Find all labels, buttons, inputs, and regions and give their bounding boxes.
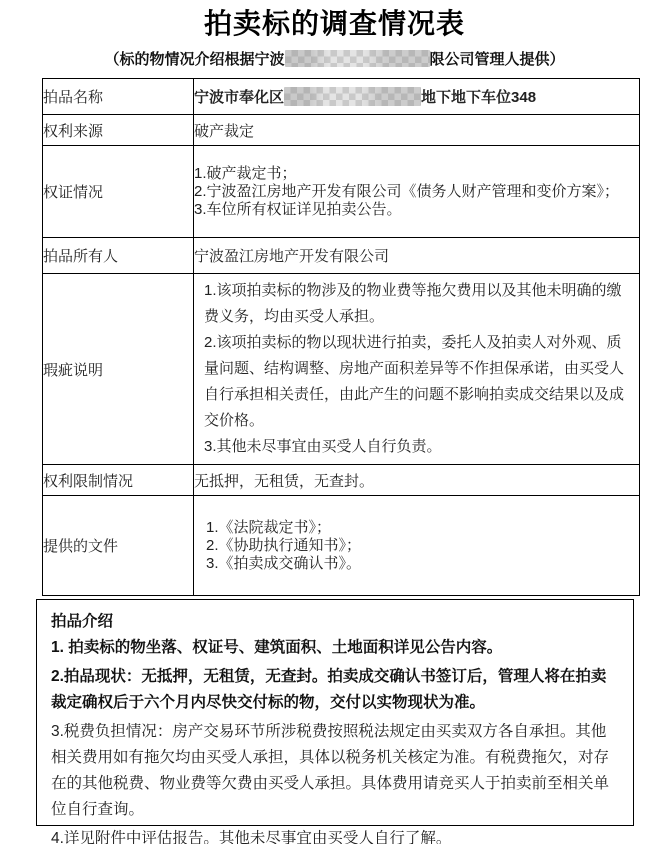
table-row: 提供的文件 1.《法院裁定书》； 2.《协助执行通知书》； 3.《拍卖成交确认书… bbox=[43, 496, 640, 596]
intro-paragraph-4: 4.详见附件中评估报告。其他未尽事宜由买受人自行了解。 bbox=[51, 826, 619, 844]
flaw-paragraph: 2.该项拍卖标的物以现状进行拍卖，委托人及拍卖人对外观、质量问题、结构调整、房地… bbox=[204, 330, 629, 434]
row-label-provided-documents: 提供的文件 bbox=[43, 496, 194, 596]
row-label-rights-restriction: 权利限制情况 bbox=[43, 465, 194, 496]
table-row: 拍品所有人 宁波盈江房地产开发有限公司 bbox=[43, 238, 640, 274]
redaction-block bbox=[285, 50, 430, 67]
document-item: 1.《法院裁定书》； bbox=[194, 519, 639, 537]
document-page: 拍卖标的调查情况表 （标的物情况介绍根据宁波限公司管理人提供） 拍品名称 宁波市… bbox=[0, 8, 669, 844]
subtitle-suffix: 限公司管理人提供） bbox=[430, 51, 565, 68]
row-value-rights-restriction: 无抵押，无租赁，无查封。 bbox=[194, 465, 640, 496]
row-label-owner: 拍品所有人 bbox=[43, 238, 194, 274]
row-label-rights-source: 权利来源 bbox=[43, 115, 194, 146]
certificate-item: 3.车位所有权证详见拍卖公告。 bbox=[194, 201, 639, 219]
row-value-certificates: 1.破产裁定书； 2.宁波盈江房地产开发有限公司《债务人财产管理和变价方案》； … bbox=[194, 146, 640, 238]
item-name-prefix: 宁波市奉化区 bbox=[194, 89, 284, 106]
auction-info-table: 拍品名称 宁波市奉化区地下地下车位348 权利来源 破产裁定 权证情况 1.破产… bbox=[42, 78, 640, 596]
row-label-certificates: 权证情况 bbox=[43, 146, 194, 238]
table-row: 瑕疵说明 1.该项拍卖标的物涉及的物业费等拖欠费用以及其他未明确的缴费义务，均由… bbox=[43, 274, 640, 465]
row-value-provided-documents: 1.《法院裁定书》； 2.《协助执行通知书》； 3.《拍卖成交确认书》。 bbox=[194, 496, 640, 596]
table-row: 权利来源 破产裁定 bbox=[43, 115, 640, 146]
table-row: 权证情况 1.破产裁定书； 2.宁波盈江房地产开发有限公司《债务人财产管理和变价… bbox=[43, 146, 640, 238]
document-item: 3.《拍卖成交确认书》。 bbox=[194, 555, 639, 573]
flaw-paragraph: 3.其他未尽事宜由买受人自行负责。 bbox=[204, 434, 629, 460]
flaw-paragraph: 1.该项拍卖标的物涉及的物业费等拖欠费用以及其他未明确的缴费义务，均由买受人承担… bbox=[204, 278, 629, 330]
intro-paragraph-3: 3.税费负担情况：房产交易环节所涉税费按照税法规定由买卖双方各自承担。其他相关费… bbox=[51, 719, 619, 823]
page-subtitle: （标的物情况介绍根据宁波限公司管理人提供） bbox=[0, 50, 669, 69]
intro-paragraph-2: 2.拍品现状：无抵押，无租赁，无查封。拍卖成交确认书签订后，管理人将在拍卖裁定确… bbox=[51, 664, 619, 716]
row-label-item-name: 拍品名称 bbox=[43, 79, 194, 115]
redaction-block bbox=[284, 87, 421, 106]
intro-heading: 拍品介绍 bbox=[51, 609, 619, 635]
subtitle-prefix: （标的物情况介绍根据宁波 bbox=[104, 51, 284, 68]
intro-paragraph-1: 1. 拍卖标的物坐落、权证号、建筑面积、土地面积详见公告内容。 bbox=[51, 635, 619, 661]
item-introduction-box: 拍品介绍 1. 拍卖标的物坐落、权证号、建筑面积、土地面积详见公告内容。 2.拍… bbox=[36, 599, 634, 826]
certificate-item: 1.破产裁定书； bbox=[194, 165, 639, 183]
item-name-suffix: 地下地下车位348 bbox=[421, 89, 536, 106]
table-row: 权利限制情况 无抵押，无租赁，无查封。 bbox=[43, 465, 640, 496]
page-title: 拍卖标的调查情况表 bbox=[0, 8, 669, 40]
row-value-item-name: 宁波市奉化区地下地下车位348 bbox=[194, 79, 640, 115]
row-value-flaw-description: 1.该项拍卖标的物涉及的物业费等拖欠费用以及其他未明确的缴费义务，均由买受人承担… bbox=[194, 274, 640, 465]
certificate-item: 2.宁波盈江房地产开发有限公司《债务人财产管理和变价方案》； bbox=[194, 183, 639, 201]
row-value-rights-source: 破产裁定 bbox=[194, 115, 640, 146]
document-item: 2.《协助执行通知书》； bbox=[194, 537, 639, 555]
row-value-owner: 宁波盈江房地产开发有限公司 bbox=[194, 238, 640, 274]
table-row: 拍品名称 宁波市奉化区地下地下车位348 bbox=[43, 79, 640, 115]
row-label-flaw-description: 瑕疵说明 bbox=[43, 274, 194, 465]
